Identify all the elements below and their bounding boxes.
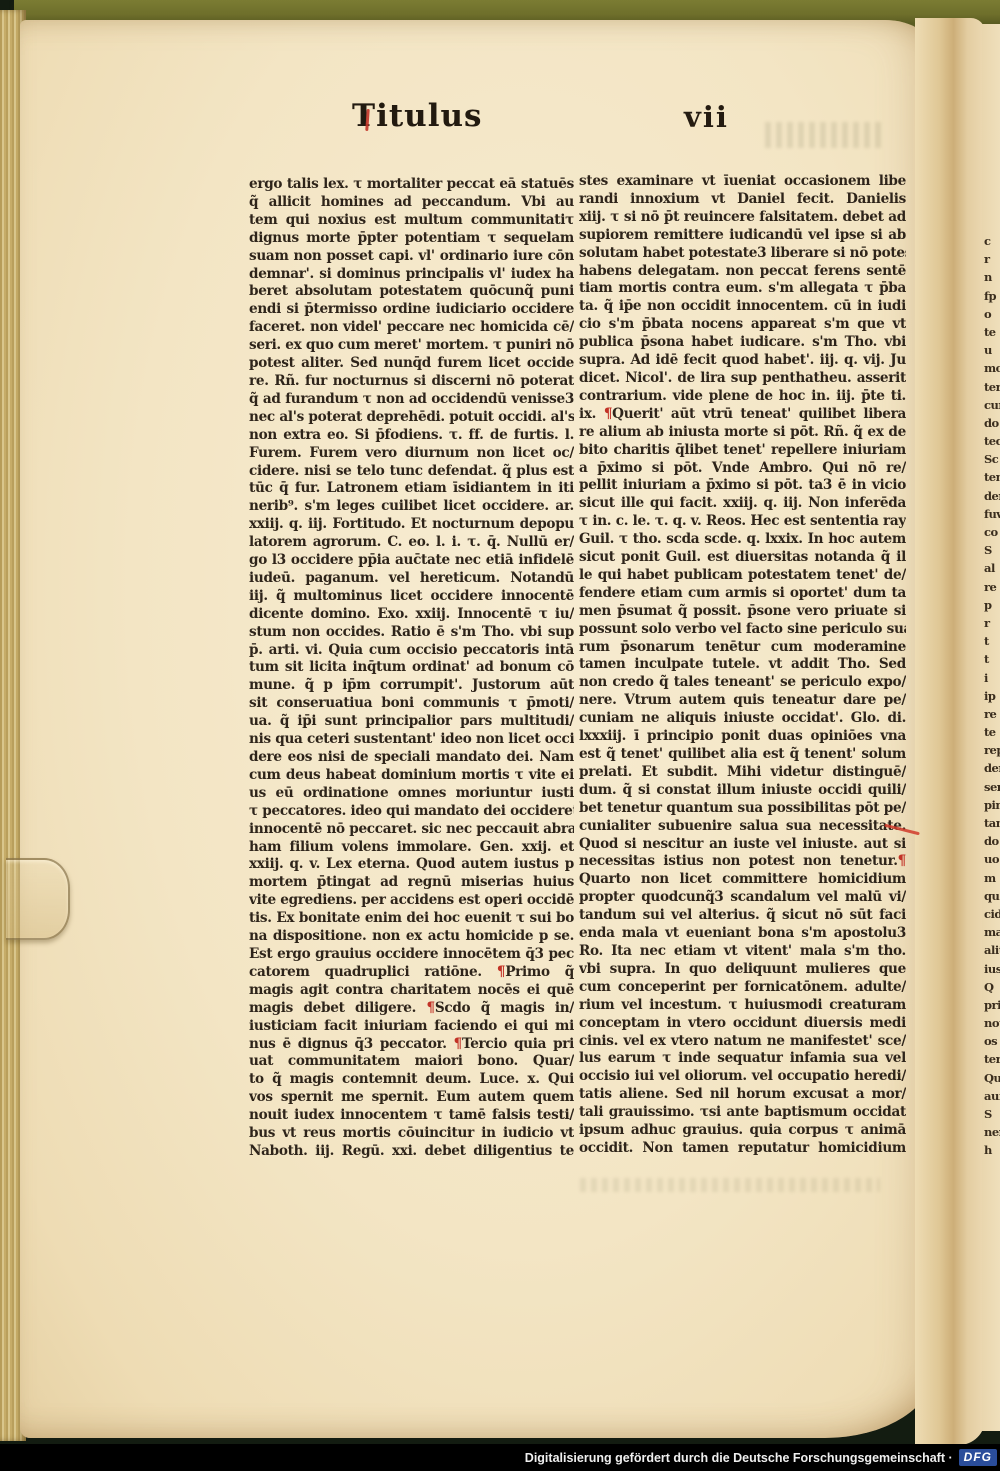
text-line: nem: [984, 1123, 1000, 1141]
text-line: t: [984, 650, 1000, 668]
text-line: tamen inculpate tutele. vt addit Tho. Se…: [579, 656, 906, 674]
text-line: est q̃ tenet' quilibet alia est q̃ tenen…: [579, 746, 906, 764]
text-line: enda mala vt eueniant bona s'm apostolu3: [579, 925, 906, 943]
text-line: tandum sui vel alterius. q̃ sicut nō sūt…: [579, 907, 906, 925]
text-line: τ in. c. le. τ. q. v. Reos. Hec est sent…: [579, 513, 906, 531]
text-line: c: [984, 232, 1000, 250]
text-line: tec: [984, 432, 1000, 450]
text-line: nota: [984, 1014, 1000, 1032]
text-line: go l3 occidere pp̄ia auc̄tate nec etiā i…: [249, 552, 574, 570]
text-line: sicut ponit Guil. est diuersitas notanda…: [579, 549, 906, 567]
text-line: conceptam in vtero occidunt diuersis med…: [579, 1015, 906, 1033]
text-line: stes examinare vt īueniat occasionem lib…: [579, 173, 906, 191]
text-line: supiorem remittere iudicandū vel ipse si…: [579, 227, 906, 245]
text-line: cuniam ne aliquis iniuste occidat'. Glo.…: [579, 710, 906, 728]
text-line: lus earum τ inde sequatur infamia sua ve…: [579, 1050, 906, 1068]
text-line: rum p̄sonarum tenētur cum moderamine: [579, 639, 906, 657]
text-line: nouit iudex innocentem τ tamē falsis tes…: [249, 1107, 574, 1125]
text-line: tūc q̄ fur. Latronem etiam īsidiantem in…: [249, 480, 574, 498]
text-line: Ro. Ita nec etiam vt vitent' mala s'm th…: [579, 943, 906, 961]
text-line: der: [984, 759, 1000, 777]
digitization-credit-bar: Digitalisierung gefördert durch die Deut…: [0, 1444, 1000, 1471]
text-line: fp: [984, 287, 1000, 305]
text-line: ergo talis lex. τ mortaliter peccat eā s…: [249, 176, 574, 194]
text-line: r: [984, 250, 1000, 268]
text-line: uo: [984, 850, 1000, 868]
text-line: iij. q̃ multominus licet occidere innoce…: [249, 588, 574, 606]
text-line: do: [984, 414, 1000, 432]
text-line: vos spernit me spernit. Eum autem quem: [249, 1089, 574, 1107]
text-line: cio s'm p̄bata nocens appareat s'm que v…: [579, 316, 906, 334]
text-line: faceret. non videl' peccare nec homicida…: [249, 319, 574, 337]
text-line: te: [984, 723, 1000, 741]
text-line: do: [984, 832, 1000, 850]
book-scan: crnfpoteumotercurdotecSctemderfuvcoSalre…: [0, 0, 1000, 1471]
text-line: beret absolutam potestatem quōcunq̃ puni: [249, 283, 574, 301]
text-line: Furem. Furem vero diurnum non licet oc/: [249, 445, 574, 463]
text-line: stum non occides. Ratio ē s'm Tho. vbi s…: [249, 624, 574, 642]
text-line: os: [984, 1032, 1000, 1050]
text-line: necessitas istius non potest non tenetur…: [579, 853, 906, 871]
text-line: τ peccatores. ideo qui mandato dei occid…: [249, 803, 574, 821]
bleed-through-smudge: [765, 122, 885, 148]
text-column-left: ergo talis lex. τ mortaliter peccat eā s…: [249, 176, 574, 1161]
rubric-pilcrow: ¶: [454, 1036, 462, 1052]
digitization-credit-text: Digitalisierung gefördert durch die Deut…: [525, 1451, 953, 1465]
text-line: occisio iui vel oliorum. vel occupatio h…: [579, 1068, 906, 1086]
text-line: tum sit licita inq̄tum ordinat' ad bonum…: [249, 659, 574, 677]
text-line: tan: [984, 814, 1000, 832]
text-line: occidit. Non tamen reputatur homicidium: [579, 1140, 906, 1158]
text-line: i: [984, 669, 1000, 687]
text-line: Sc: [984, 450, 1000, 468]
text-line: Quarto non licet committere homicidium: [579, 871, 906, 889]
text-line: cinis. vel ex vtero natum ne manifestet'…: [579, 1033, 906, 1051]
text-line: tem: [984, 468, 1000, 486]
text-line: nus ē dignus q̄3 peccator. ¶Tercio quia …: [249, 1036, 574, 1054]
text-line: n: [984, 268, 1000, 286]
text-line: le qui habet publicam potestatem tenet' …: [579, 567, 906, 585]
text-line: possunt solo verbo vel facto sine pericu…: [579, 621, 906, 639]
folio-number: vii: [684, 100, 729, 134]
text-line: mortem p̄tingat ad regnū miserias huius: [249, 874, 574, 892]
text-line: t: [984, 632, 1000, 650]
text-line: fuv: [984, 505, 1000, 523]
text-line: innocentē nō peccaret. sic nec peccauit …: [249, 821, 574, 839]
text-column-right: stes examinare vt īueniat occasionem lib…: [579, 173, 906, 1158]
text-line: mune. q̃ p ip̄m corrumpit'. Justorum aūt: [249, 677, 574, 695]
text-line: xxiij. q. v. Lex eterna. Quod autem iust…: [249, 856, 574, 874]
text-line: habens delegatam. non peccat ferens sent…: [579, 263, 906, 281]
text-line: ip: [984, 687, 1000, 705]
text-line: tis. Ex bonitate enim dei hoc euenit τ s…: [249, 910, 574, 928]
text-line: potest aliter. Sed nunq̄d furem licet oc…: [249, 355, 574, 373]
text-line: cidere. nisi se telo tunc defendat. q̃ p…: [249, 463, 574, 481]
text-line: tem qui noxius est multum communitatiτ: [249, 212, 574, 230]
rubric-pilcrow: ¶: [497, 964, 505, 980]
text-line: Naboth. iij. Regū. xxi. debet diligentiu…: [249, 1143, 574, 1161]
running-title: Titulus: [352, 98, 482, 134]
text-line: to q̃ magis contemnit deum. Luce. x. Qui: [249, 1071, 574, 1089]
text-line: dum. q̃ si constat illum iniuste occidi …: [579, 782, 906, 800]
text-line: sicut ille qui facit. xxiij. q. iij. Non…: [579, 495, 906, 513]
text-line: non credo q̃ tales teneant' se periculo …: [579, 674, 906, 692]
text-line: bus vt reus mortis cōuincitur in iudicio…: [249, 1125, 574, 1143]
text-line: tiam mortis contra eum. s'm allegata τ p…: [579, 280, 906, 298]
text-line: iudeū. paganum. vel hereticum. Notandū: [249, 570, 574, 588]
text-line: pin: [984, 796, 1000, 814]
text-line: publica p̄sona habet iudicare. s'm Tho. …: [579, 334, 906, 352]
text-line: iusticiam facit iniuriam faciendo ei qui…: [249, 1018, 574, 1036]
text-line: xiij. τ si nō p̄t reuincere falsitatem. …: [579, 209, 906, 227]
text-line: us eū ordinatione omnes moriuntur iusti: [249, 785, 574, 803]
text-line: dere eos nisi de speciali mandato dei. N…: [249, 749, 574, 767]
text-line: re: [984, 705, 1000, 723]
text-line: na dispositione. non ex actu homicide p …: [249, 928, 574, 946]
text-line: lxxxiij. ī principio ponit duas opiniōes…: [579, 728, 906, 746]
text-line: S: [984, 541, 1000, 559]
text-line: re. Rñ. fur nocturnus si discerni nō pot…: [249, 373, 574, 391]
text-line: nere. Vtrum autem quis teneatur dare pe/: [579, 692, 906, 710]
text-line: ipsum adhuc grauius. quia corpus τ animā: [579, 1122, 906, 1140]
text-line: der: [984, 487, 1000, 505]
text-line: seri. ex quo cum meret' mortem. τ puniri…: [249, 337, 574, 355]
text-line: sit conseruatiua boni communis τ p̄moti/: [249, 695, 574, 713]
rubric-pilcrow: ¶: [898, 853, 906, 869]
text-line: p: [984, 596, 1000, 614]
text-line: magis agit contra charitatem nocēs ei qu…: [249, 982, 574, 1000]
text-line: nerib⁹. s'm leges cuilibet licet occider…: [249, 498, 574, 516]
text-line: te: [984, 323, 1000, 341]
text-line: propter quodcunq̃3 scandalum vel malū vi…: [579, 889, 906, 907]
text-line: Quod: [984, 1069, 1000, 1087]
text-line: dicente domino. Exo. xxiij. Innocentē τ …: [249, 606, 574, 624]
page-holder-clip: [6, 858, 70, 940]
text-line: ix. ¶Querit' aūt vtrū teneat' quilibet l…: [579, 406, 906, 424]
facing-page-text-fragments: crnfpoteumotercurdotecSctemderfuvcoSalre…: [984, 232, 1000, 1160]
text-line: cur: [984, 396, 1000, 414]
text-line: p̄. arti. vi. Quia cum occisio peccatori…: [249, 642, 574, 660]
text-line: rium vel incestum. τ huiusmodi creaturam: [579, 997, 906, 1015]
rubric-pilcrow: ¶: [604, 406, 612, 422]
text-line: mo: [984, 359, 1000, 377]
text-line: cum conceperint per fornicatōnem. adulte…: [579, 979, 906, 997]
text-line: rep: [984, 741, 1000, 759]
text-line: bet tenetur quantum sua possibilitas pōt…: [579, 800, 906, 818]
text-line: cum deus habeat dominium mortis τ vite e…: [249, 767, 574, 785]
text-line: r: [984, 614, 1000, 632]
text-line: iust: [984, 960, 1000, 978]
text-line: magis debet diligere. ¶Scdo q̃ magis in/: [249, 1000, 574, 1018]
text-line: catorem quadruplici ratiōne. ¶Primo q̃: [249, 964, 574, 982]
text-line: fendere etiam cum armis si oportet' dum …: [579, 585, 906, 603]
text-line: demnar'. si dominus principalis vl' iude…: [249, 266, 574, 284]
text-line: bito charitis q̄libet tenet' repellere i…: [579, 442, 906, 460]
text-line: solutam habet potestate3 liberare si nō …: [579, 245, 906, 263]
text-line: vbi supra. In quo deliquunt mulieres que: [579, 961, 906, 979]
text-line: co: [984, 523, 1000, 541]
text-line: latorem agrorum. C. eo. l. i. τ. q̄. Nul…: [249, 534, 574, 552]
text-line: re alium ab iniusta morte si pōt. Rñ. q̃…: [579, 424, 906, 442]
rubric-pilcrow: ¶: [426, 1000, 434, 1016]
text-line: non extra eo. Si p̄fodiens. τ. ff. de fu…: [249, 427, 574, 445]
text-line: Est ergo grauius occidere innocētem q̄3 …: [249, 946, 574, 964]
text-line: supra. Ad idē fecit quod habet'. iij. q.…: [579, 352, 906, 370]
text-line: alit: [984, 941, 1000, 959]
text-line: dicet. Nicol'. de lira sup penthatheu. a…: [579, 370, 906, 388]
text-line: q̃ ad furandum τ non ad occidendū veniss…: [249, 391, 574, 409]
text-line: vite egrediens. per accidens est operi o…: [249, 892, 574, 910]
text-line: ma: [984, 923, 1000, 941]
text-line: randi innoxium vt Daniel fecit. Danielis: [579, 191, 906, 209]
text-line: ham filium volens immolare. Gen. xxij. e…: [249, 839, 574, 857]
text-line: Quod si nescitur an iuste vel iniuste. a…: [579, 836, 906, 854]
text-line: xxiij. q. iij. Fortitudo. Et nocturnum d…: [249, 516, 574, 534]
text-line: m: [984, 869, 1000, 887]
bleed-through-smudge: [580, 1178, 880, 1192]
text-line: cid: [984, 905, 1000, 923]
text-line: al: [984, 559, 1000, 577]
text-line: suam non posset capi. vl' ordinario iure…: [249, 248, 574, 266]
text-line: men p̄sumat q̃ possit. p̄sone vero priua…: [579, 603, 906, 621]
text-line: a p̄ximo si pōt. Vnde Ambro. Qui nō re/: [579, 460, 906, 478]
text-line: ta. q̃ ip̄e non occidit innocentem. cū i…: [579, 298, 906, 316]
text-line: cunialiter subuenire salua sua necessita…: [579, 818, 906, 836]
text-line: uat communitatem maiori bono. Quar/: [249, 1053, 574, 1071]
text-line: ter: [984, 378, 1000, 396]
text-line: sen: [984, 778, 1000, 796]
text-line: tali grauissimo. τsi ante baptismum occi…: [579, 1104, 906, 1122]
page-curl-shadow: [915, 18, 985, 1445]
text-line: princ: [984, 996, 1000, 1014]
text-line: pellit iniuriam a p̄ximo si pōt. ta3 ē i…: [579, 477, 906, 495]
text-line: q̃ allicit homines ad peccandum. Vbi au: [249, 194, 574, 212]
text-line: endi si p̄termisso ordine iudiciario occ…: [249, 301, 574, 319]
text-line: re: [984, 578, 1000, 596]
text-line: h: [984, 1141, 1000, 1159]
text-line: prelati. Et subdit. Mihi videtur disting…: [579, 764, 906, 782]
text-line: aui: [984, 1087, 1000, 1105]
text-line: Guil. τ tho. scda scde. q. lxxix. In hoc…: [579, 531, 906, 549]
text-line: nec al's poterat deprehēdi. potuit occid…: [249, 409, 574, 427]
facing-page-sliver: crnfpoteumotercurdotecSctemderfuvcoSalre…: [982, 24, 1000, 1431]
text-line: ter: [984, 1050, 1000, 1068]
text-line: nis qua ceteri sustentant' ideo non lice…: [249, 731, 574, 749]
text-line: S: [984, 1105, 1000, 1123]
text-line: contrarium. vide plene de hoc in. iij. p…: [579, 388, 906, 406]
text-line: Q: [984, 978, 1000, 996]
text-line: dignus morte p̄pter potentiam τ sequelam: [249, 230, 574, 248]
text-line: ua. q̃ ip̄i sunt principalior pars multi…: [249, 713, 574, 731]
dfg-logo: DFG: [959, 1449, 997, 1466]
text-line: qu: [984, 887, 1000, 905]
text-line: u: [984, 341, 1000, 359]
text-line: tatis aliene. Sed nil horum excusat a mo…: [579, 1086, 906, 1104]
text-line: o: [984, 305, 1000, 323]
